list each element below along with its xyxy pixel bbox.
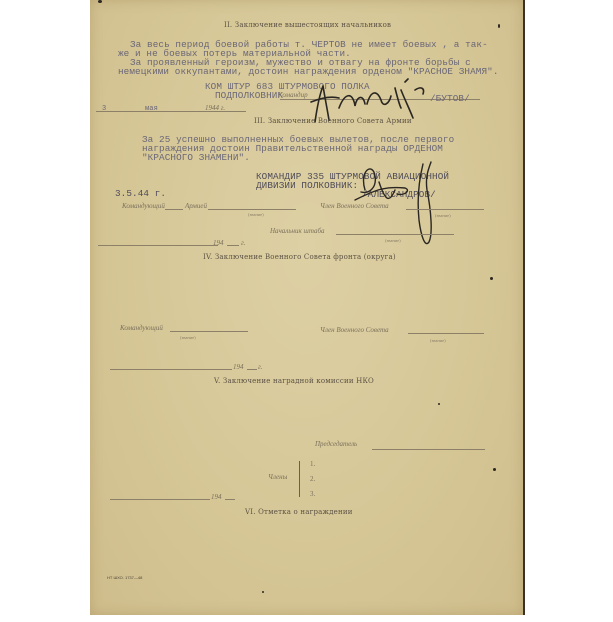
ink-speck — [98, 0, 102, 3]
section-5-heading: V. Заключение наградной комиссии НКО — [214, 377, 374, 385]
section-5-members-label: Члены — [268, 473, 287, 481]
ink-speck — [493, 468, 496, 471]
section-3-council-member-label: Член Военного Совета — [320, 202, 389, 210]
section-3-chief-of-staff-label: Начальник штаба — [270, 227, 324, 235]
ink-speck — [490, 277, 493, 280]
ink-speck — [438, 403, 440, 405]
section-3-heading: III. Заключение Военного Совета Армии — [254, 117, 412, 125]
section-3-chief-of-staff-line — [336, 234, 454, 235]
section-5-member-2: 2. — [310, 475, 315, 483]
section-2-date-year: 1944 г. — [205, 104, 225, 112]
ink-speck — [498, 24, 500, 28]
section-5-member-3: 3. — [310, 490, 315, 498]
section-4-year-suffix: г. — [258, 363, 262, 371]
section-4-heading: IV. Заключение Военного Совета фронта (о… — [203, 253, 396, 261]
section-4-date-line — [110, 369, 232, 370]
section-2-signer-name: /БУТОВ/ — [430, 94, 470, 103]
section-2-commander-label: Командир — [278, 91, 308, 99]
section-3-year-suffix: г. — [241, 239, 245, 247]
section-4-year-stub: 194 — [233, 363, 244, 371]
section-5-chairman-label: Председатель — [315, 440, 357, 448]
section-3-council-rank-hint: (звание) — [435, 213, 451, 218]
section-4-council-rank-hint: (звание) — [430, 338, 446, 343]
section-5-date-line — [110, 499, 210, 500]
section-4-council-member-label: Член Военного Совета — [320, 326, 389, 334]
print-mark: НТ ШХО. 1737—48 — [107, 575, 142, 580]
section-2-signer-rank: ПОДПОЛКОВНИК — [215, 91, 283, 100]
section-5-year-line — [225, 499, 235, 500]
section-5-year-stub: 194 — [211, 493, 222, 501]
section-2-date-day: 3 — [102, 105, 106, 114]
section-3-line-3: "КРАСНОГО ЗНАМЕНИ". — [142, 153, 250, 162]
section-3-commander-short-line — [165, 209, 183, 210]
section-3-council-member-line — [406, 209, 484, 210]
section-4-year-line — [247, 369, 257, 370]
section-3-year-stub: 194 — [213, 239, 224, 247]
section-6-heading: VI. Отметка о награждении — [245, 508, 353, 516]
section-3-year-line — [227, 245, 239, 246]
section-5-member-1: 1. — [310, 460, 315, 468]
section-3-date-line — [98, 245, 218, 246]
award-document-page: II. Заключение вышестоящих начальников З… — [90, 0, 525, 615]
section-5-members-bracket — [299, 461, 300, 497]
ink-speck — [262, 591, 264, 593]
section-3-signer-rank: ДИВИЗИИ ПОЛКОВНИК: — [256, 181, 358, 190]
section-3-commander-line — [208, 209, 296, 210]
section-3-commander-rank-hint: (звание) — [248, 212, 264, 217]
section-4-commander-rank-hint: (звание) — [180, 335, 196, 340]
section-3-chief-rank-hint: (звание) — [385, 238, 401, 243]
section-2-date-month: мая — [145, 105, 158, 114]
section-3-commander-label: Командующий — [122, 202, 165, 210]
section-3-army-label: Армией — [185, 202, 207, 210]
section-4-commander-label: Командующий — [120, 324, 163, 332]
section-3-date: 3.5.44 г. — [115, 189, 166, 198]
section-2-heading: II. Заключение вышестоящих начальников — [224, 21, 391, 29]
section-4-council-member-line — [408, 333, 484, 334]
section-4-commander-line — [170, 331, 248, 332]
section-2-line-4: немецкими оккупантами, достоин награжден… — [118, 67, 499, 76]
section-5-chairman-line — [372, 449, 485, 450]
